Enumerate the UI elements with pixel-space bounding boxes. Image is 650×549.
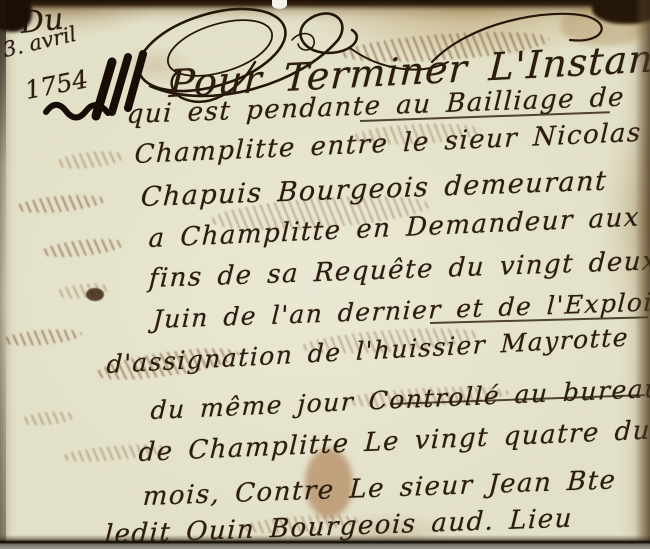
bleedthrough-mark bbox=[20, 410, 76, 428]
bleedthrough-mark bbox=[39, 236, 125, 261]
date-year: 1754 bbox=[22, 64, 90, 105]
ink-blot bbox=[86, 288, 104, 301]
bottom-scan-strip bbox=[0, 535, 650, 549]
bleedthrough-mark bbox=[14, 192, 105, 216]
top-edge bbox=[0, 0, 650, 11]
left-edge bbox=[0, 0, 6, 549]
torn-paper-notch bbox=[272, 0, 287, 9]
body-line-5: fins de sa Requête du vingt deux bbox=[148, 246, 650, 294]
body-line-8: du même jour Controllé au bureau bbox=[150, 374, 650, 425]
bleedthrough-mark bbox=[1, 327, 82, 349]
manuscript-scan: Du 3. avril 1754 Pour Terminer L'Instanc… bbox=[0, 0, 650, 549]
bleedthrough-mark bbox=[54, 148, 125, 171]
right-edge bbox=[635, 0, 650, 549]
body-line-9: de Champlitte Le vingt quatre du bbox=[138, 416, 650, 468]
